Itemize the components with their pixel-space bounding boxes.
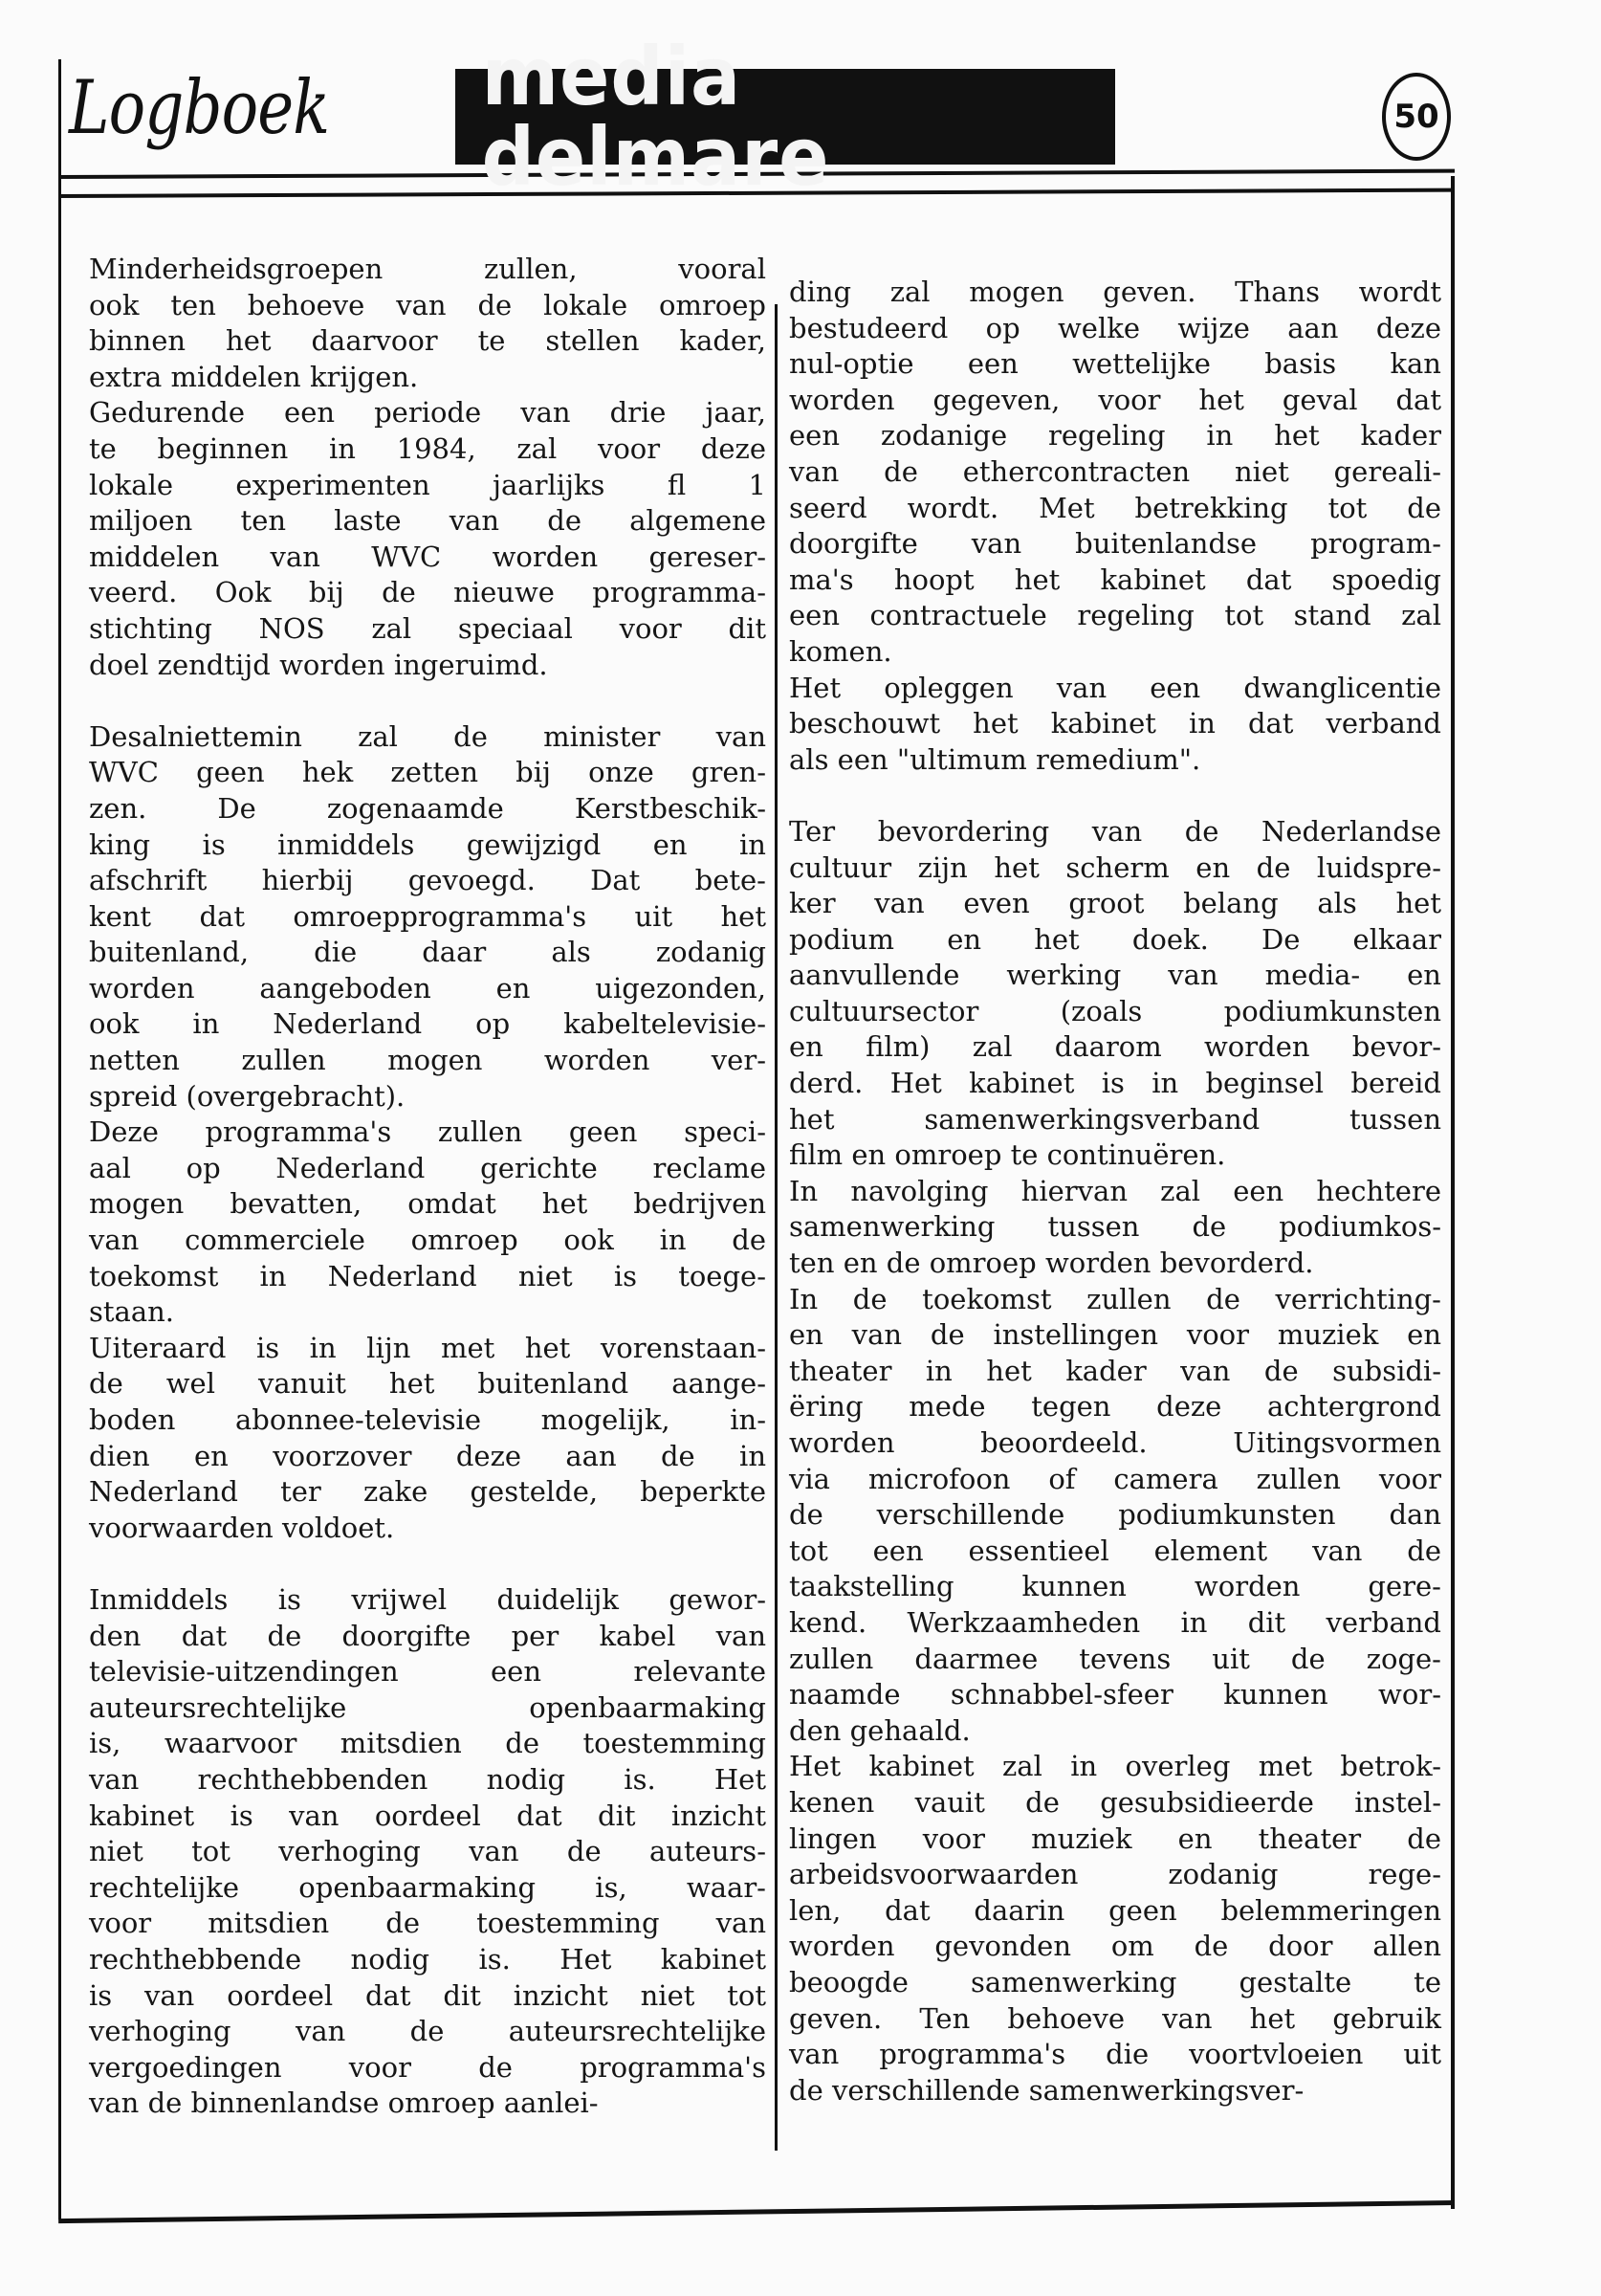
page-number-badge: 50	[1382, 73, 1451, 161]
text-line: In navolging hiervan zal een hechtere	[789, 1174, 1441, 1210]
text-line: seerd wordt. Met betrekking tot de	[789, 491, 1441, 527]
text-line: kabinet is van oordeel dat dit inzicht	[89, 1799, 766, 1835]
text-line: zullen daarmee tevens uit de zoge-	[789, 1642, 1441, 1678]
text-line: als een "ultimum remedium".	[789, 742, 1441, 779]
text-line: ook ten behoeve van de lokale omroep	[89, 288, 766, 324]
text-line: de wel vanuit het buitenland aange-	[89, 1366, 766, 1402]
text-line: kenen vauit de gesubsidieerde instel-	[789, 1785, 1441, 1821]
paragraph: Inmiddels is vrijwel duidelijk gewor-den…	[89, 1582, 766, 2122]
text-line: beschouwt het kabinet in dat verband	[789, 706, 1441, 742]
text-line: Ter bevordering van de Nederlandse	[789, 814, 1441, 850]
text-line: zen. De zogenaamde Kerstbeschik-	[89, 791, 766, 828]
text-line: miljoen ten laste van de algemene	[89, 503, 766, 540]
text-line: aanvullende werking van media- en	[789, 958, 1441, 994]
text-line: ding zal mogen geven. Thans wordt	[789, 275, 1441, 311]
text-line: taakstelling kunnen worden gere-	[789, 1569, 1441, 1605]
text-line: worden gevonden om de door allen	[789, 1929, 1441, 1965]
text-line: rechthebbende nodig is. Het kabinet	[89, 1942, 766, 1978]
text-line: cultuur zijn het scherm en de luidspre-	[789, 850, 1441, 887]
text-line: is van oordeel dat dit inzicht niet tot	[89, 1978, 766, 2015]
text-line: Gedurende een periode van drie jaar,	[89, 395, 766, 431]
text-line: doel zendtijd worden ingeruimd.	[89, 648, 766, 684]
text-line: aal op Nederland gerichte reclame	[89, 1151, 766, 1187]
text-line: nul-optie een wettelijke basis kan	[789, 346, 1441, 383]
text-line: podium en het doek. De elkaar	[789, 922, 1441, 959]
text-line: afschrift hierbij gevoegd. Dat bete-	[89, 863, 766, 899]
text-line: middelen van WVC worden gereser-	[89, 540, 766, 576]
frame-bottom-border	[58, 2200, 1455, 2223]
text-line: len, dat daarin geen belemmeringen	[789, 1893, 1441, 1930]
text-line: boden abonnee-televisie mogelijk, in-	[89, 1402, 766, 1439]
column-divider	[775, 304, 778, 2151]
text-line: Desalniettemin zal de minister van	[89, 719, 766, 756]
text-line: worden beoordeeld. Uitingsvormen	[789, 1425, 1441, 1462]
text-line: In de toekomst zullen de verrichting-	[789, 1282, 1441, 1318]
paragraph-spacer	[89, 683, 766, 719]
text-line: te beginnen in 1984, zal voor deze	[89, 431, 766, 468]
text-line: bestudeerd op welke wijze aan deze	[789, 311, 1441, 347]
text-line: verhoging van de auteursrechtelijke	[89, 2014, 766, 2050]
text-line: van de binnenlandse omroep aanlei-	[89, 2086, 766, 2122]
paragraph: Minderheidsgroepen zullen, vooralook ten…	[89, 252, 766, 395]
text-line: de verschillende samenwerkingsver-	[789, 2073, 1441, 2109]
text-line: tot een essentieel element van de	[789, 1534, 1441, 1570]
text-line: ten en de omroep worden bevorderd.	[789, 1246, 1441, 1282]
text-line: vergoedingen voor de programma's	[89, 2050, 766, 2086]
left-text-column: Minderheidsgroepen zullen, vooralook ten…	[89, 252, 766, 2122]
text-line: stichting NOS zal speciaal voor dit	[89, 611, 766, 648]
text-line: kend. Werkzaamheden in dit verband	[789, 1605, 1441, 1642]
text-line: van rechthebbenden nodig is. Het	[89, 1762, 766, 1799]
masthead-title: media delmare	[482, 36, 1089, 197]
paragraph: Deze programma's zullen geen speci-aal o…	[89, 1115, 766, 1331]
text-line: mogen bevatten, omdat het bedrijven	[89, 1186, 766, 1223]
text-line: den gehaald.	[789, 1713, 1441, 1750]
text-line: lingen voor muziek en theater de	[789, 1821, 1441, 1858]
text-line: het samenwerkingsverband tussen	[789, 1102, 1441, 1138]
text-line: derd. Het kabinet is in beginsel bereid	[789, 1066, 1441, 1102]
text-line: staan.	[89, 1294, 766, 1331]
text-line: film en omroep te continuëren.	[789, 1137, 1441, 1174]
text-line: Inmiddels is vrijwel duidelijk gewor-	[89, 1582, 766, 1619]
text-line: en film) zal daarom worden bevor-	[789, 1029, 1441, 1066]
text-line: van programma's die voortvloeien uit	[789, 2037, 1441, 2073]
text-line: samenwerking tussen de podiumkos-	[789, 1209, 1441, 1246]
text-line: ma's hoopt het kabinet dat spoedig	[789, 563, 1441, 599]
text-line: Het opleggen van een dwanglicentie	[789, 671, 1441, 707]
text-line: buitenland, die daar als zodanig	[89, 935, 766, 971]
text-line: naamde schnabbel-sfeer kunnen wor-	[789, 1677, 1441, 1713]
text-line: spreid (overgebracht).	[89, 1079, 766, 1115]
frame-right-border	[1451, 176, 1455, 2209]
text-line: Minderheidsgroepen zullen, vooral	[89, 252, 766, 288]
paragraph: In de toekomst zullen de verrichting-en …	[789, 1282, 1441, 1750]
text-line: arbeidsvoorwaarden zodanig rege-	[789, 1857, 1441, 1893]
text-line: worden gegeven, voor het geval dat	[789, 383, 1441, 419]
text-line: een contractuele regeling tot stand zal	[789, 598, 1441, 634]
text-line: worden aangeboden en uigezonden,	[89, 971, 766, 1007]
paragraph: Het opleggen van een dwanglicentiebescho…	[789, 671, 1441, 779]
text-line: en van de instellingen voor muziek en	[789, 1317, 1441, 1354]
paragraph: ding zal mogen geven. Thans wordtbestude…	[789, 275, 1441, 671]
paragraph-spacer	[89, 1546, 766, 1582]
text-line: van commerciele omroep ook in de	[89, 1223, 766, 1259]
frame-left-border	[58, 59, 61, 2219]
text-line: theater in het kader van de subsidi-	[789, 1354, 1441, 1390]
paragraph: Ter bevordering van de Nederlandsecultuu…	[789, 814, 1441, 1174]
paragraph: In navolging hiervan zal een hechteresam…	[789, 1174, 1441, 1282]
paragraph: Het kabinet zal in overleg met betrok-ke…	[789, 1749, 1441, 2108]
text-line: beoogde samenwerking gestalte te	[789, 1965, 1441, 2001]
text-line: ëring mede tegen deze achtergrond	[789, 1389, 1441, 1425]
text-line: lokale experimenten jaarlijks fl 1	[89, 468, 766, 504]
text-line: WVC geen hek zetten bij onze gren-	[89, 755, 766, 791]
paragraph-spacer	[789, 778, 1441, 814]
text-line: cultuursector (zoals podiumkunsten	[789, 994, 1441, 1030]
text-line: via microfoon of camera zullen voor	[789, 1462, 1441, 1498]
text-line: Uiteraard is in lijn met het vorenstaan-	[89, 1331, 766, 1367]
scanned-page: Logboek media delmare 50 Minderheidsgroe…	[0, 0, 1601, 2296]
text-line: toekomst in Nederland niet is toege-	[89, 1259, 766, 1295]
text-line: den dat de doorgifte per kabel van	[89, 1619, 766, 1655]
text-line: rechtelijke openbaarmaking is, waar-	[89, 1870, 766, 1907]
text-line: binnen het daarvoor te stellen kader,	[89, 323, 766, 360]
text-line: voor mitsdien de toestemming van	[89, 1906, 766, 1942]
paragraph: Gedurende een periode van drie jaar,te b…	[89, 395, 766, 683]
text-line: de verschillende podiumkunsten dan	[789, 1497, 1441, 1534]
text-line: komen.	[789, 634, 1441, 671]
logbook-script-title: Logboek	[69, 65, 329, 151]
text-line: doorgifte van buitenlandse program-	[789, 526, 1441, 563]
text-line: king is inmiddels gewijzigd en in	[89, 828, 766, 864]
text-line: Het kabinet zal in overleg met betrok-	[789, 1749, 1441, 1785]
text-line: ker van even groot belang als het	[789, 886, 1441, 922]
text-line: netten zullen mogen worden ver-	[89, 1043, 766, 1079]
text-line: een zodanige regeling in het kader	[789, 418, 1441, 454]
text-line: televisie-uitzendingen een relevante	[89, 1654, 766, 1690]
text-line: veerd. Ook bij de nieuwe programma-	[89, 575, 766, 611]
right-text-column: ding zal mogen geven. Thans wordtbestude…	[789, 275, 1441, 2108]
text-line: ook in Nederland op kabeltelevisie-	[89, 1006, 766, 1043]
text-line: is, waarvoor mitsdien de toestemming	[89, 1726, 766, 1762]
text-line: extra middelen krijgen.	[89, 360, 766, 396]
paragraph: Uiteraard is in lijn met het vorenstaan-…	[89, 1331, 766, 1547]
masthead-box: media delmare	[455, 69, 1115, 165]
paragraph: Desalniettemin zal de minister vanWVC ge…	[89, 719, 766, 1115]
text-line: voorwaarden voldoet.	[89, 1511, 766, 1547]
text-line: auteursrechtelijke openbaarmaking	[89, 1690, 766, 1727]
text-line: dien en voorzover deze aan de in	[89, 1439, 766, 1475]
text-line: Deze programma's zullen geen speci-	[89, 1115, 766, 1151]
text-line: van de ethercontracten niet gereali-	[789, 454, 1441, 491]
text-line: niet tot verhoging van de auteurs-	[89, 1834, 766, 1870]
text-line: Nederland ter zake gestelde, beperkte	[89, 1474, 766, 1511]
text-line: geven. Ten behoeve van het gebruik	[789, 2001, 1441, 2038]
text-line: kent dat omroepprogramma's uit het	[89, 899, 766, 936]
